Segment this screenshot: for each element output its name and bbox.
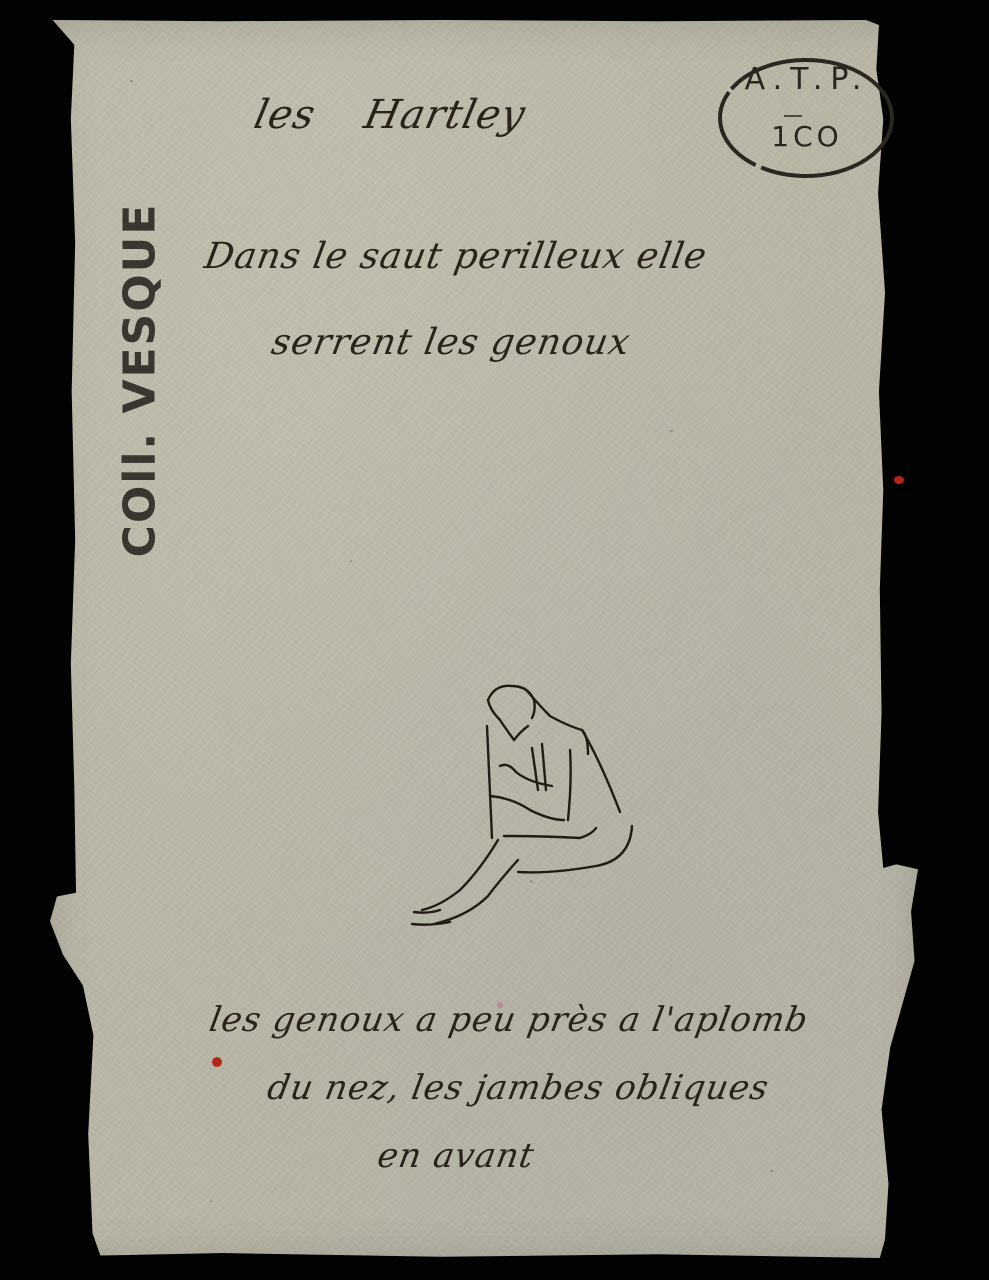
paper-speck xyxy=(130,80,133,82)
collection-stamp-text: COll. VESQUE xyxy=(115,203,166,558)
red-ink-dot xyxy=(894,476,904,484)
red-ink-dot xyxy=(212,1057,222,1067)
scan-background: lesHartley A.T.P. 1CO COll. VESQUE Dans … xyxy=(0,0,989,1280)
note-line-1: les genoux a peu près a l'aplomb xyxy=(206,1000,811,1040)
paper-speck xyxy=(770,1170,773,1172)
collection-stamp: COll. VESQUE xyxy=(110,195,170,565)
note-line-2: du nez, les jambes obliques xyxy=(264,1068,772,1108)
header-word-les: les xyxy=(250,92,320,138)
postmark-stamp: A.T.P. 1CO xyxy=(716,56,898,176)
header-title: lesHartley xyxy=(250,92,530,138)
paper-speck xyxy=(350,560,352,562)
paper-speck xyxy=(670,430,673,432)
postmark-bottom-text: 1CO xyxy=(716,120,898,153)
caption-line-2: serrent les genoux xyxy=(268,322,633,363)
note-line-3: en avant xyxy=(374,1136,537,1176)
postmark-top-text: A.T.P. xyxy=(716,62,898,97)
seated-figure-icon xyxy=(400,670,660,930)
header-word-hartley: Hartley xyxy=(360,92,530,138)
caption-line-1: Dans le saut perilleux elle xyxy=(201,236,710,277)
paper-speck xyxy=(210,1200,212,1202)
figure-sketch xyxy=(400,670,660,930)
